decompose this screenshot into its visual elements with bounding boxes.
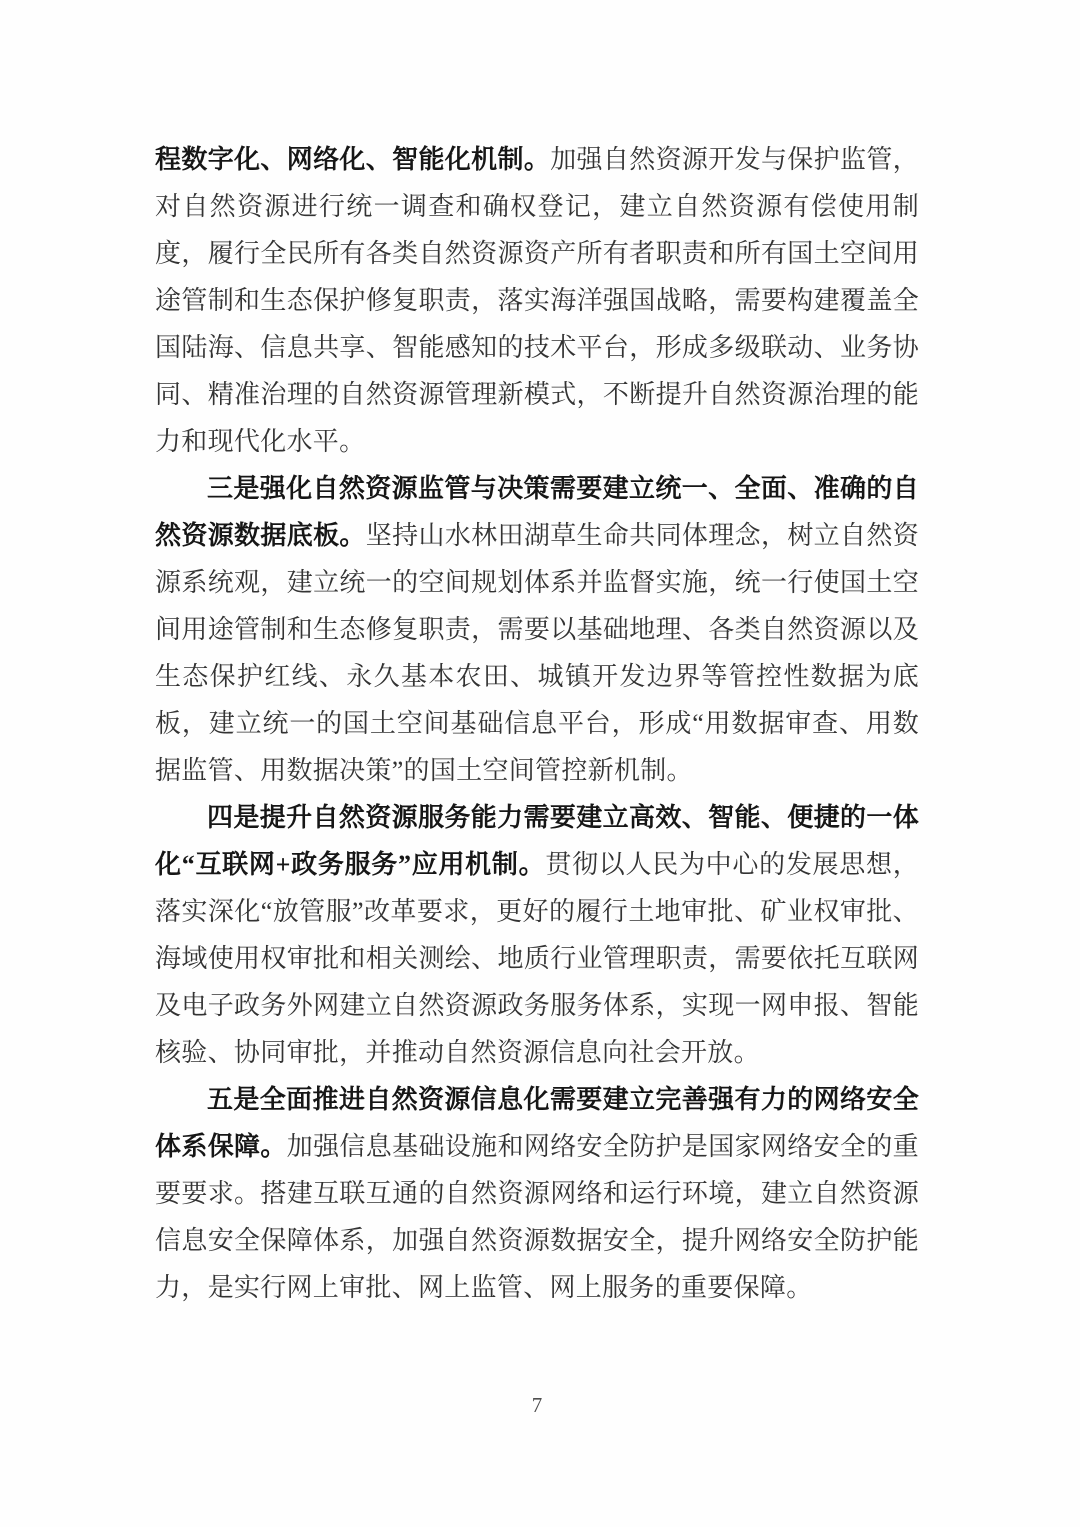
document-page: 程数字化、网络化、智能化机制。加强自然资源开发与保护监管，对自然资源进行统一调查… — [0, 0, 1080, 1527]
paragraph: 程数字化、网络化、智能化机制。加强自然资源开发与保护监管，对自然资源进行统一调查… — [155, 136, 919, 465]
paragraph-text: 坚持山水林田湖草生命共同体理念，树立自然资源系统观，建立统一的空间规划体系并监督… — [155, 521, 919, 785]
paragraph-text: 加强自然资源开发与保护监管，对自然资源进行统一调查和确权登记，建立自然资源有偿使… — [155, 145, 919, 456]
paragraph-text: 贯彻以人民为中心的发展思想，落实深化“放管服”改革要求，更好的履行土地审批、矿业… — [155, 850, 919, 1067]
paragraph-lead-bold: 程数字化、网络化、智能化机制。 — [155, 145, 550, 174]
page-number: 7 — [0, 1391, 1074, 1419]
paragraph: 五是全面推进自然资源信息化需要建立完善强有力的网络安全体系保障。加强信息基础设施… — [155, 1076, 919, 1311]
paragraph: 四是提升自然资源服务能力需要建立高效、智能、便捷的一体化“互联网+政务服务”应用… — [155, 794, 919, 1076]
paragraph: 三是强化自然资源监管与决策需要建立统一、全面、准确的自然资源数据底板。坚持山水林… — [155, 465, 919, 794]
document-body: 程数字化、网络化、智能化机制。加强自然资源开发与保护监管，对自然资源进行统一调查… — [155, 136, 919, 1311]
